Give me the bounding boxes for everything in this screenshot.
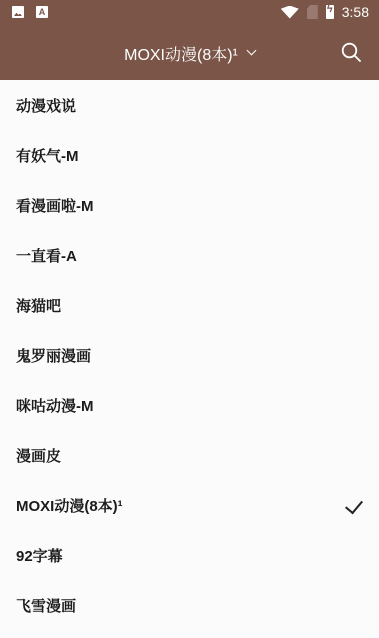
status-bar: A 3:58 bbox=[0, 0, 379, 26]
list-item[interactable]: 海猫吧 bbox=[0, 280, 379, 330]
item-label: 一直看-A bbox=[16, 245, 77, 266]
item-label: 海猫吧 bbox=[16, 295, 61, 316]
list-item[interactable]: 看漫画啦-M bbox=[0, 180, 379, 230]
chevron-down-icon bbox=[246, 46, 256, 56]
list-item-selected[interactable]: MOXI动漫(8本)¹ bbox=[0, 480, 379, 530]
page-title: MOXI动漫(8本)¹ bbox=[124, 42, 238, 65]
wifi-icon bbox=[281, 6, 299, 19]
search-icon[interactable] bbox=[341, 42, 361, 62]
text-a-icon: A bbox=[36, 6, 48, 18]
item-label: 有妖气-M bbox=[16, 145, 79, 166]
battery-charging-icon bbox=[326, 5, 334, 19]
item-label: 鬼罗丽漫画 bbox=[16, 345, 91, 366]
list-item[interactable]: 一直看-A bbox=[0, 230, 379, 280]
item-label: 92字幕 bbox=[16, 545, 63, 566]
source-dropdown[interactable]: MOXI动漫(8本)¹ bbox=[0, 26, 379, 80]
item-label: 动漫戏说 bbox=[16, 95, 76, 116]
checkmark-icon bbox=[345, 496, 363, 515]
image-icon bbox=[12, 6, 24, 18]
list-item[interactable]: 动漫戏说 bbox=[0, 80, 379, 130]
list-item[interactable]: 漫画皮 bbox=[0, 430, 379, 480]
app-bar: MOXI动漫(8本)¹ bbox=[0, 26, 379, 80]
clock: 3:58 bbox=[342, 4, 369, 20]
list-item[interactable]: 有妖气-M bbox=[0, 130, 379, 180]
list-item[interactable]: 鬼罗丽漫画 bbox=[0, 330, 379, 380]
source-list: 动漫戏说 有妖气-M 看漫画啦-M 一直看-A 海猫吧 鬼罗丽漫画 咪咕动漫-M… bbox=[0, 80, 379, 630]
item-label: 看漫画啦-M bbox=[16, 195, 94, 216]
list-item[interactable]: 咪咕动漫-M bbox=[0, 380, 379, 430]
item-label: 飞雪漫画 bbox=[16, 595, 76, 616]
item-label: 漫画皮 bbox=[16, 445, 61, 466]
no-sim-icon bbox=[307, 5, 318, 19]
list-item[interactable]: 92字幕 bbox=[0, 530, 379, 580]
item-label: 咪咕动漫-M bbox=[16, 395, 94, 416]
item-label: MOXI动漫(8本)¹ bbox=[16, 495, 123, 516]
list-item[interactable]: 飞雪漫画 bbox=[0, 580, 379, 630]
